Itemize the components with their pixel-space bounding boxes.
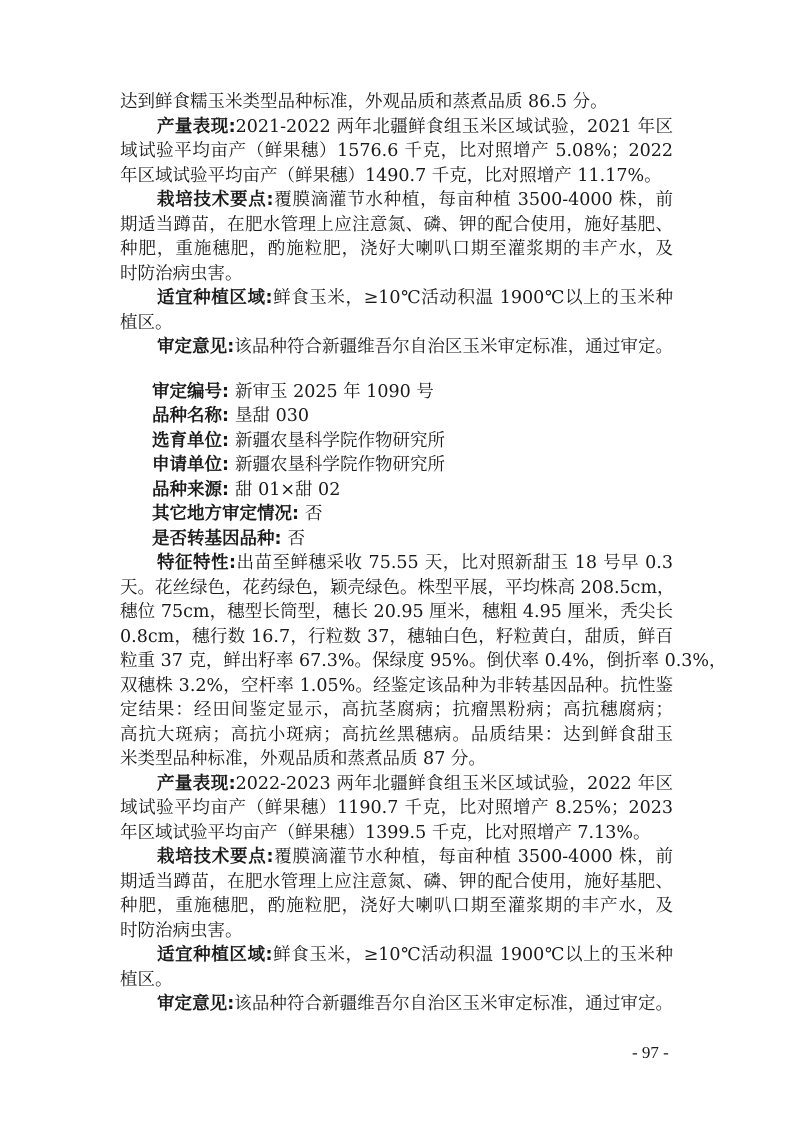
field-transgenic: 是否转基因品种:否 xyxy=(120,527,673,552)
section-label: 栽培技术要点: xyxy=(157,847,273,867)
section-gap xyxy=(120,360,673,380)
text-line: 该品种符合新疆维吾尔自治区玉米审定标准，通过审定。 xyxy=(234,994,673,1014)
entry-fields: 审定编号:新审玉 2025 年 1090 号 品种名称:垦甜 030 选育单位:… xyxy=(120,380,673,552)
section-label: 产量表现: xyxy=(157,117,236,137)
text-line: 2021-2022 两年北疆鲜食组玉米区域试验，2021 年区 xyxy=(236,117,673,137)
cultivation-paragraph: 栽培技术要点:覆膜滴灌节水种植，每亩种植 3500-4000 株，前 期适当蹲苗… xyxy=(120,845,673,943)
text-line: 期适当蹲苗，在肥水管理上应注意氮、磷、钾的配合使用，施好基肥、 xyxy=(120,213,673,238)
text-line: 高抗大斑病；高抗小斑病；高抗丝黑穗病。品质结果：达到鲜食甜玉 xyxy=(120,723,673,748)
text-line: 时防治病虫害。 xyxy=(120,262,673,287)
text-line: 穗位 75cm，穗型长筒型，穗长 20.95 厘米，穗粗 4.95 厘米，秃尖长 xyxy=(120,600,673,625)
region-paragraph: 适宜种植区域:鲜食玉米，≥10℃活动积温 1900℃以上的玉米种 植区。 xyxy=(120,943,673,992)
text-line: 出苗至鲜穗采收 75.55 天，比对照新甜玉 18 号早 0.3 xyxy=(236,553,673,573)
section-label: 产量表现: xyxy=(157,774,236,794)
field-approval-number: 审定编号:新审玉 2025 年 1090 号 xyxy=(120,380,673,405)
text-line: 种肥，重施穗肥，酌施粒肥，浇好大喇叭口期至灌浆期的丰产水，及 xyxy=(120,894,673,919)
section-label: 审定意见: xyxy=(157,994,234,1014)
text-line: 覆膜滴灌节水种植，每亩种植 3500-4000 株，前 xyxy=(273,847,673,867)
opinion-paragraph: 审定意见:该品种符合新疆维吾尔自治区玉米审定标准，通过审定。 xyxy=(120,992,673,1017)
text-line: 植区。 xyxy=(120,968,673,993)
text-line: 鲜食玉米，≥10℃活动积温 1900℃以上的玉米种 xyxy=(273,945,673,965)
text-line: 该品种符合新疆维吾尔自治区玉米审定标准，通过审定。 xyxy=(234,337,673,357)
field-variety-source: 品种来源:甜 01×甜 02 xyxy=(120,478,673,503)
text-line: 植区。 xyxy=(120,311,673,336)
text-line: 米类型品种标准，外观品质和蒸煮品质 87 分。 xyxy=(120,747,673,772)
text-line: 0.8cm，穗行数 16.7，行粒数 37，穗轴白色，籽粒黄白，甜质，鲜百 xyxy=(120,625,673,650)
page-number: - 97 - xyxy=(632,1043,669,1063)
prev-yield-paragraph: 产量表现:2021-2022 两年北疆鲜食组玉米区域试验，2021 年区 域试验… xyxy=(120,115,673,189)
text-line: 域试验平均亩产（鲜果穗）1190.7 千克，比对照增产 8.25%；2023 xyxy=(120,796,673,821)
text-line: 年区域试验平均亩产（鲜果穗）1490.7 千克，比对照增产 11.17%。 xyxy=(120,164,673,189)
text-line: 2022-2023 两年北疆鲜食组玉米区域试验，2022 年区 xyxy=(236,774,673,794)
section-label: 栽培技术要点: xyxy=(157,190,273,210)
text-line: 年区域试验平均亩产（鲜果穗）1399.5 千克，比对照增产 7.13%。 xyxy=(120,821,673,846)
text-line: 双穗株 3.2%，空杆率 1.05%。经鉴定该品种为非转基因品种。抗性鉴 xyxy=(120,674,673,699)
text-line: 种肥，重施穗肥，酌施粒肥，浇好大喇叭口期至灌浆期的丰产水，及 xyxy=(120,237,673,262)
text-line: 粒重 37 克，鲜出籽率 67.3%。保绿度 95%。倒伏率 0.4%，倒折率 … xyxy=(120,649,673,674)
text-line: 天。花丝绿色，花药绿色，颖壳绿色。株型平展，平均株高 208.5cm， xyxy=(120,576,673,601)
text-line: 覆膜滴灌节水种植，每亩种植 3500-4000 株，前 xyxy=(273,190,673,210)
text-line: 鲜食玉米，≥10℃活动积温 1900℃以上的玉米种 xyxy=(273,288,673,308)
field-applicant-unit: 申请单位:新疆农垦科学院作物研究所 xyxy=(120,453,673,478)
prev-opinion-paragraph: 审定意见:该品种符合新疆维吾尔自治区玉米审定标准，通过审定。 xyxy=(120,335,673,360)
prev-quality-tail: 达到鲜食糯玉米类型品种标准，外观品质和蒸煮品质 86.5 分。 xyxy=(120,90,673,115)
field-variety-name: 品种名称:垦甜 030 xyxy=(120,404,673,429)
traits-paragraph: 特征特性:出苗至鲜穗采收 75.55 天，比对照新甜玉 18 号早 0.3 天。… xyxy=(120,551,673,772)
prev-cultivation-paragraph: 栽培技术要点:覆膜滴灌节水种植，每亩种植 3500-4000 株，前 期适当蹲苗… xyxy=(120,188,673,286)
text-line: 域试验平均亩产（鲜果穗）1576.6 千克，比对照增产 5.08%；2022 xyxy=(120,139,673,164)
prev-region-paragraph: 适宜种植区域:鲜食玉米，≥10℃活动积温 1900℃以上的玉米种 植区。 xyxy=(120,286,673,335)
section-label: 适宜种植区域: xyxy=(157,945,273,965)
text-line: 期适当蹲苗，在肥水管理上应注意氮、磷、钾的配合使用，施好基肥、 xyxy=(120,870,673,895)
section-label: 审定意见: xyxy=(157,337,234,357)
yield-paragraph: 产量表现:2022-2023 两年北疆鲜食组玉米区域试验，2022 年区 域试验… xyxy=(120,772,673,846)
field-other-approvals: 其它地方审定情况:否 xyxy=(120,502,673,527)
section-label: 特征特性: xyxy=(157,553,236,573)
text-line: 时防治病虫害。 xyxy=(120,919,673,944)
text-line: 定结果：经田间鉴定显示，高抗茎腐病；抗瘤黑粉病；高抗穗腐病； xyxy=(120,698,673,723)
text-line: 达到鲜食糯玉米类型品种标准，外观品质和蒸煮品质 86.5 分。 xyxy=(120,90,673,115)
section-label: 适宜种植区域: xyxy=(157,288,273,308)
field-breeding-unit: 选育单位:新疆农垦科学院作物研究所 xyxy=(120,429,673,454)
document-page: 达到鲜食糯玉米类型品种标准，外观品质和蒸煮品质 86.5 分。 产量表现:202… xyxy=(120,90,673,1017)
